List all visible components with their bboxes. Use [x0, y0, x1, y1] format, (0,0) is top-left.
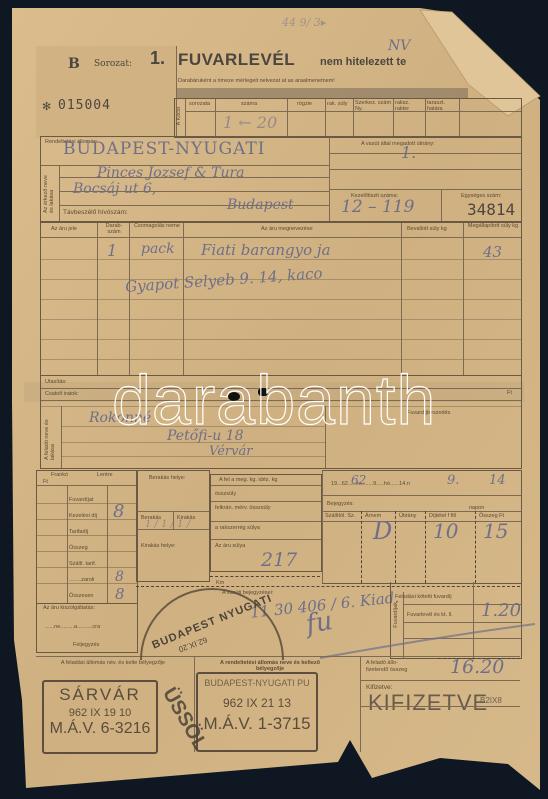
top-initials: NV [388, 38, 410, 54]
sender-line-3: Vérvár [209, 444, 252, 459]
delivery-block: Az áru kiszolgáltatás: ......ne.........… [36, 602, 138, 653]
paid-stamp: KIFIZETVE [368, 690, 488, 716]
wagon-col-axle: rögzie [297, 101, 312, 107]
delivery-label: Az áru kiszolgáltatás: [43, 605, 95, 611]
charge-tariff-label: Tarifadíj [69, 529, 88, 535]
recipient-line-1: Pinces Jozsef & Tura [97, 165, 245, 181]
arrival-block: 19...62.....év........9.....hó......14.n… [322, 470, 522, 584]
ft-label: Ft [43, 479, 48, 485]
delivery-line: ......ne.........a..........cra [45, 624, 100, 630]
arrival-sum-value: 15 [483, 519, 508, 543]
row-count: 1 [107, 241, 117, 260]
weight-header: A fel a meg. kg. idéz. kg [219, 477, 277, 483]
cashier-value: 12 – 119 [341, 197, 414, 217]
wagon-col-load: raksz. rakter [395, 100, 425, 112]
charge-other-label: ........zaroli [69, 577, 94, 583]
footer-left-label: A feladási állomás név. és kelte bélyegz… [58, 660, 168, 666]
footer-mid-label: A rendeltetési állomás neve és keltező b… [210, 660, 330, 672]
stamp-left-line-3: M.Á.V. 6-3216 [44, 720, 156, 738]
register-label: Egységes szám: [461, 193, 501, 199]
charge-freight-value: 8 [113, 501, 124, 522]
arrival-register-label: Bejegyzés: [327, 501, 354, 507]
arrival-year: 62 [351, 473, 366, 487]
wagon-col-structure: Szerkez. szám Ny. [355, 100, 393, 112]
station-value: BUDAPEST-NYUGATI [63, 139, 266, 159]
dashed-divider [210, 576, 320, 577]
weight-tare-label: a rakszerrég súlya [215, 525, 275, 531]
goods-table: Az áru jele Darab-szám Csomagolás neme A… [40, 222, 522, 376]
arrival-day: 14 [489, 473, 506, 488]
recipient-line-2: Bocsáj ut 6, [73, 181, 156, 197]
total-value: 16.20 [450, 656, 504, 678]
charge-total-label: Összesen [69, 593, 93, 599]
wagon-col-series: sorozata [189, 101, 210, 107]
weight-crane-label: felkrán. mérv. összsúly [215, 505, 285, 511]
paid-divider [360, 680, 520, 681]
feljegyzes-label: Feljegyzés [73, 642, 99, 648]
row-weight: 43 [483, 243, 502, 261]
instruction-line: Darabáruként a rimeze mérlegeit nelvezat… [178, 78, 335, 84]
row-description: Fiati barangyo ja [201, 241, 331, 259]
goods-col-weight: Megállapított súly kg [467, 223, 519, 229]
footer-right-label-1: A feladó állo- [366, 660, 398, 666]
charges-table: Frankó Lentre Ft Fuvardíjat Kezelési díj… [36, 470, 138, 604]
row-description: Gyapot Selyeb 9. 14, kaco [125, 264, 323, 296]
top-pencil-marks: 44 9/ 3▸ [282, 16, 326, 29]
weight-total-label: összsúly [215, 491, 236, 497]
stamp-mid-line-3: M.Á.V. 1-3715 [198, 714, 316, 734]
route-label: A vasút által megadott útirány: [361, 141, 435, 147]
goods-col-count: Darab-szám [101, 223, 127, 235]
loading-place-label: Berakás helye: [149, 475, 185, 481]
document-subtitle: nem hitelezett te [320, 56, 406, 68]
wagon-col-limit: taraszt. határa [427, 100, 459, 112]
charge-sum-label: Összeg [69, 545, 88, 551]
franko-label: Frankó [51, 472, 68, 478]
loading-marks: 1 / 1 / 1 / [145, 519, 190, 530]
phone-label: Távbeszélő hívószám: [63, 209, 128, 216]
arrival-rate-value: 10 [433, 519, 458, 543]
wagon-col-number: száma [241, 101, 257, 107]
waybill-document: B Sorozat: ✻ 015004 1. FUVARLEVÉL nem hi… [0, 0, 548, 799]
budapest-stamp: BUDAPEST-NYUGATI PU 962 IX 21 13 M.Á.V. … [196, 672, 318, 752]
weight-block: A fel a meg. kg. idéz. kg összsúly felkr… [210, 474, 322, 572]
form-number: 1. [150, 48, 165, 69]
stamp-mid-line-1: BUDAPEST-NYUGATI PU [198, 678, 316, 688]
paid-stamp-suffix: B2IX8 [480, 696, 502, 705]
arrival-type-value: D [373, 517, 392, 545]
serial-symbol: ✻ [42, 100, 51, 113]
destination-block: Rendeltetési állomás: BUDAPEST-NYUGATI A… [40, 136, 522, 222]
series-letter: B [68, 56, 80, 72]
series-label: Sorozat: [94, 59, 132, 69]
goods-col-description: Az áru megnevezése [261, 226, 313, 232]
arrival-col-transport: Szállítól. Sz. [325, 513, 355, 519]
sender-side-label: A feladó neve és lakása [44, 416, 56, 460]
recipient-line-3: Budapest [227, 197, 294, 213]
route-value: 1. [401, 143, 416, 162]
arrival-date-text: 19...62.....év........9.....hó......14.n [331, 481, 410, 487]
paid-divider-2 [360, 706, 520, 707]
footer-divider-v2 [360, 656, 361, 752]
charge-handling-label: Kezelési díj [69, 513, 97, 519]
weight-value: 217 [261, 549, 297, 571]
recipient-side-label: Az érkező neve és lakása [43, 169, 55, 213]
goods-col-declared: Bevallott súly kg [407, 226, 447, 232]
row-packing: pack [141, 241, 175, 257]
wagon-table: A Kocsi sorozata száma rögzie rak. súly … [174, 98, 522, 138]
charge-freight-label: Fuvardíjat [69, 497, 93, 503]
ft-mark: Ft [507, 390, 512, 396]
unload-place-label: Kirakás helye: [141, 543, 176, 549]
register-value: 34814 [467, 200, 515, 219]
arrival-col-route: Útirány [399, 513, 416, 519]
stamp-mid-line-2: 962 IX 21 13 [198, 696, 316, 710]
goods-col-packing: Csomagolás neme [133, 223, 181, 229]
watermark: darabanth [112, 360, 436, 440]
wagon-col-capacity: rak. súly [327, 101, 347, 107]
charge-other-value: 8 [115, 569, 124, 585]
charge-total-value: 8 [115, 585, 125, 603]
attachments-label: Csatolt iratok: [45, 391, 79, 397]
sarvar-stamp: SÁRVÁR 962 IX 19 10 M.Á.V. 6-3216 [42, 680, 158, 754]
lentre-label: Lentre [97, 472, 113, 478]
goods-col-mark: Az áru jele [51, 226, 77, 232]
fee-row-1: Feladási kötetti fuvardíj [395, 594, 452, 600]
wagon-side-label: A Kocsi [176, 107, 182, 125]
weight-goods-label: Az áru súlya [215, 543, 255, 549]
document-title: FUVARLEVÉL [178, 50, 295, 70]
stamp-left-line-1: SÁRVÁR [44, 685, 156, 705]
footer-right-label-2: fizetendő összeg [366, 667, 407, 673]
serial-number: 015004 [58, 98, 111, 113]
loading-block: Berakás helye: Berakás Kirakás 1 / 1 / 1… [136, 470, 210, 582]
arrival-month: 9. [447, 473, 459, 488]
charge-transport-label: Szállí. tarif. [69, 561, 96, 567]
wagon-handwritten: 1 ← 20 [223, 113, 277, 132]
pencil-stroke [310, 618, 540, 668]
stamp-left-line-2: 962 IX 19 10 [44, 707, 156, 719]
instructions-label: Utasítás: [45, 379, 67, 385]
